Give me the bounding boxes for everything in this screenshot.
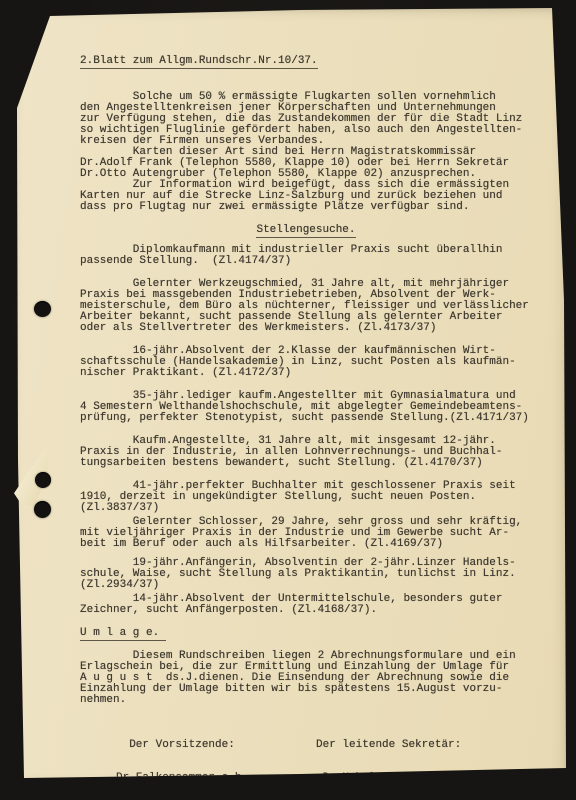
signature-role: Der leitende Sekretär: xyxy=(316,740,461,751)
section-heading-text: U m l a g e. xyxy=(80,627,166,641)
paragraph: Gelernter Werkzeugschmied, 31 Jahre alt,… xyxy=(80,279,546,334)
signature-name: Dr.Falkensammer e.h. xyxy=(116,773,248,784)
paragraph: Diesem Rundschreiben liegen 2 Abrechnung… xyxy=(80,651,546,706)
signature-left: Der Vorsitzende: Dr.Falkensammer e.h. xyxy=(116,718,248,800)
section-heading: U m l a g e. xyxy=(80,628,546,639)
text-line: dass pro Flugtag nur zwei ermässigte Plä… xyxy=(80,202,546,213)
section-heading-text: Stellengesuche. xyxy=(256,224,355,238)
paragraph: Solche um 50 % ermässigte Flugkarten sol… xyxy=(80,92,546,213)
text-line: (Zl.2934/37) xyxy=(80,580,546,591)
signature-right: Der leitende Sekretär: Dr.Hobelsperger e… xyxy=(316,718,461,800)
scanned-document: 2.Blatt zum Allgm.Rundschr.Nr.10/37. Sol… xyxy=(0,0,576,800)
paragraph: 41-jähr.perfekter Buchhalter mit geschlo… xyxy=(80,481,546,514)
section-heading: Stellengesuche. xyxy=(80,225,532,236)
text-line: nehmen. xyxy=(80,695,546,706)
text-line: nischer Praktikant. (Zl.4172/37) xyxy=(80,368,546,379)
text-line: (Zl.3837/37) xyxy=(80,503,546,514)
text-line: beit im Beruf oder auch als Hilfsarbeite… xyxy=(80,539,546,550)
document-title: 2.Blatt zum Allgm.Rundschr.Nr.10/37. xyxy=(80,56,546,67)
document-body: Solche um 50 % ermässigte Flugkarten sol… xyxy=(80,92,546,706)
paragraph: 19-jähr.Anfängerin, Absolventin der 2-jä… xyxy=(80,558,546,591)
signature-row: Der Vorsitzende: Dr.Falkensammer e.h. De… xyxy=(80,718,546,800)
paragraph: 16-jähr.Absolvent der 2.Klasse der kaufm… xyxy=(80,346,546,379)
paragraph: 35-jähr.lediger kaufm.Angestellter mit G… xyxy=(80,391,546,424)
paragraph: Diplomkaufmann mit industrieller Praxis … xyxy=(80,245,546,267)
text-line: Zeichner, sucht Anfängerposten. (Zl.4168… xyxy=(80,605,546,616)
signature-name: Dr.Hobelsperger e.h. xyxy=(316,773,461,784)
paragraph: Kaufm.Angestellte, 31 Jahre alt, mit ins… xyxy=(80,436,546,469)
signature-role: Der Vorsitzende: xyxy=(116,740,248,751)
text-line: prüfung, perfekter Stenotypist, sucht pa… xyxy=(80,413,546,424)
punch-hole-icon xyxy=(34,501,51,518)
text-line: passende Stellung. (Zl.4174/37) xyxy=(80,256,546,267)
text-line: oder als Stellvertreter des Werkmeisters… xyxy=(80,323,546,334)
text-line: Einzahlung der Umlage bitten wir bis spä… xyxy=(80,684,546,695)
document-content: 2.Blatt zum Allgm.Rundschr.Nr.10/37. Sol… xyxy=(80,56,546,800)
document-title-text: 2.Blatt zum Allgm.Rundschr.Nr.10/37. xyxy=(80,55,318,69)
paragraph: 14-jähr.Absolvent der Untermittelschule,… xyxy=(80,594,546,616)
punch-hole-icon xyxy=(34,301,51,317)
text-line: tungsarbeiten bestens bewandert, sucht S… xyxy=(80,458,546,469)
paper-sheet: 2.Blatt zum Allgm.Rundschr.Nr.10/37. Sol… xyxy=(16,6,568,780)
paragraph: Gelernter Schlosser, 29 Jahre, sehr gros… xyxy=(80,517,546,550)
